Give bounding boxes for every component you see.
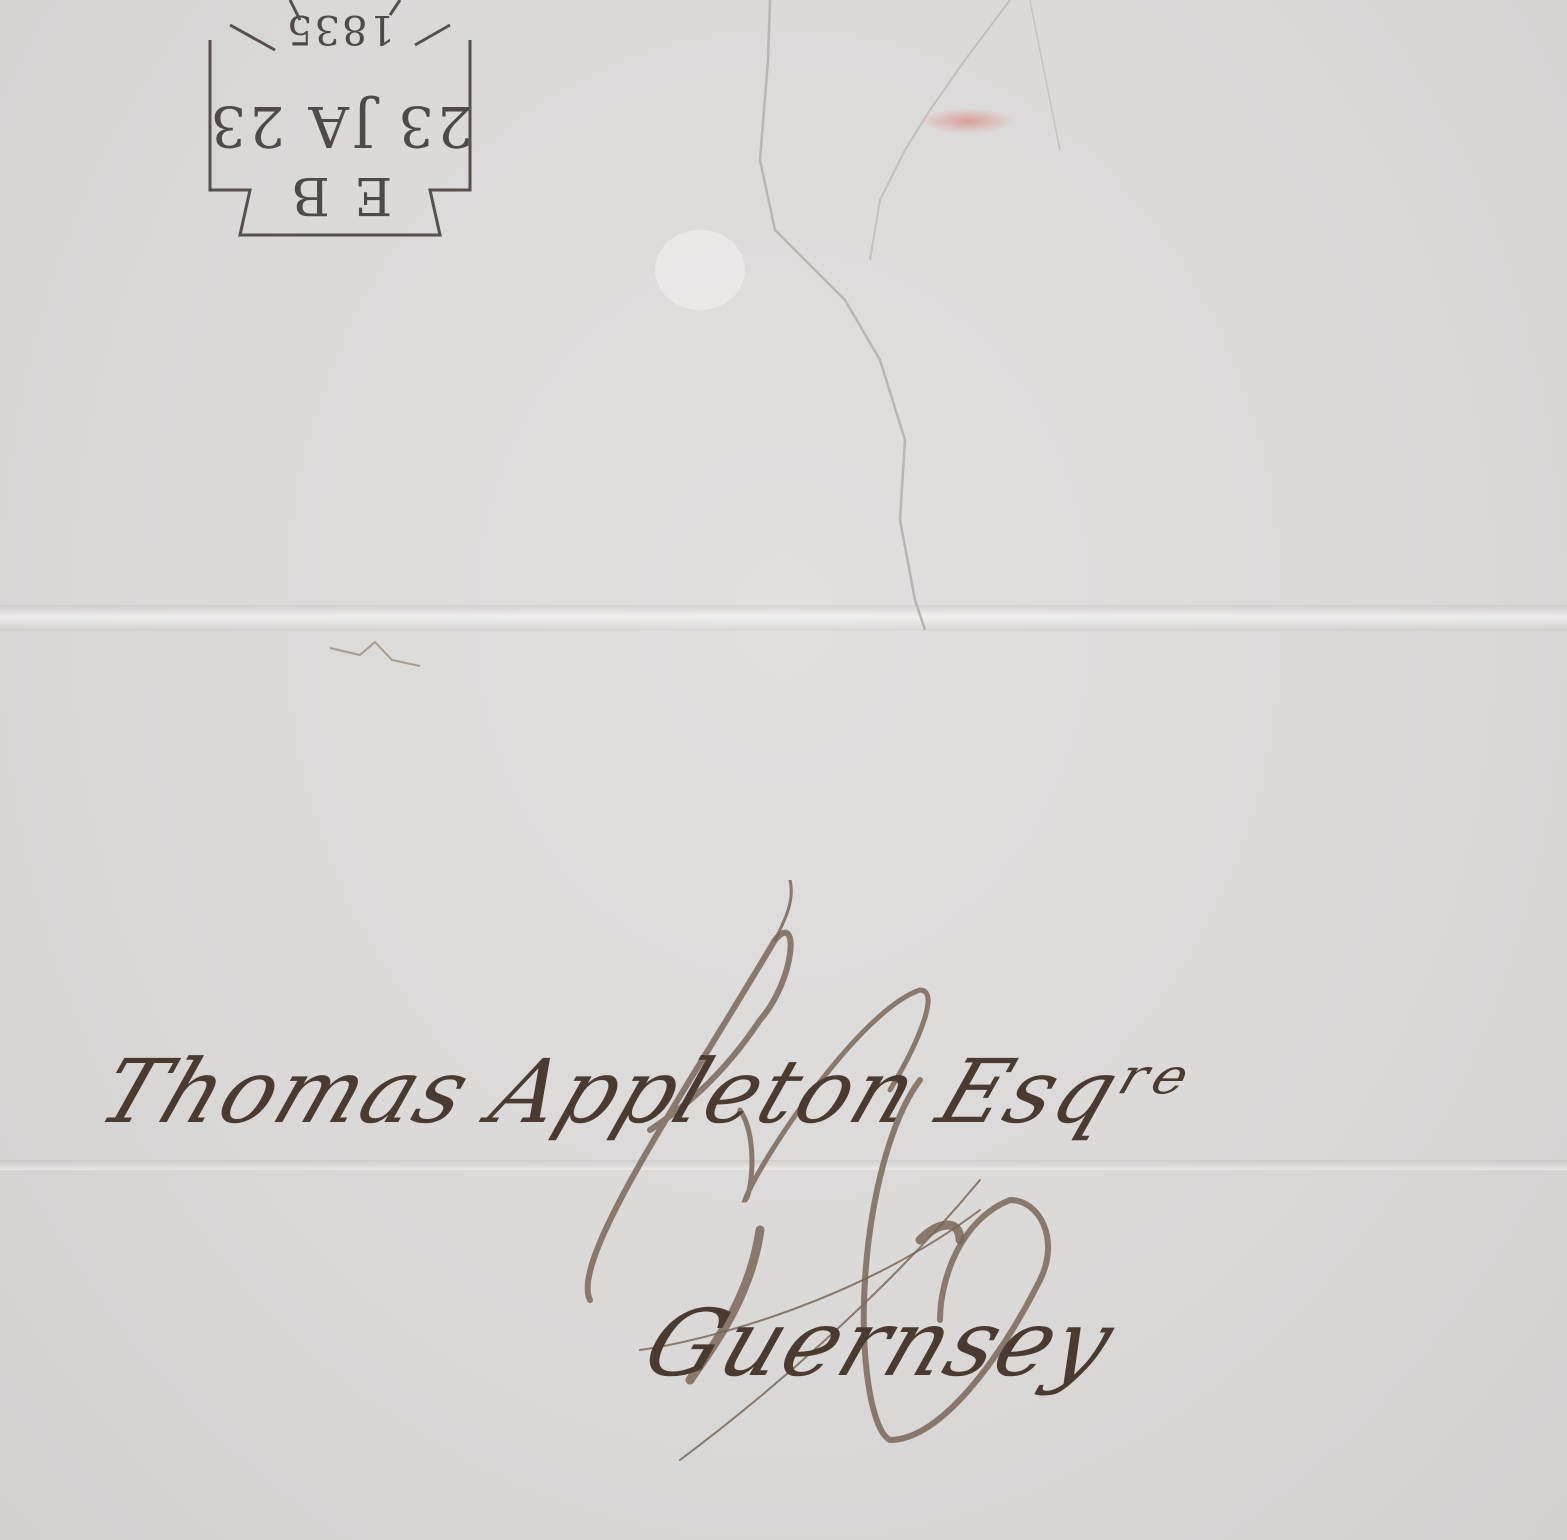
postmark-line3: 1835 xyxy=(200,6,480,52)
postmark-line1: E B xyxy=(200,165,480,225)
manuscript-rate-mark xyxy=(560,880,1120,1500)
postmark: E B 23 JA 23 1835 xyxy=(200,0,480,250)
postmark-text: E B 23 JA 23 1835 xyxy=(200,0,480,250)
letter-sheet: E B 23 JA 23 1835 Thomas Appleton Esqʳᵉ … xyxy=(0,0,1567,1540)
postmark-line2: 23 JA 23 xyxy=(200,93,480,158)
addressee-name: Thomas Appleton Esqʳᵉ xyxy=(86,1040,1203,1143)
horizontal-fold xyxy=(0,605,1567,631)
red-wax-trace xyxy=(920,108,1015,134)
address-place: Guernsey xyxy=(631,1290,1130,1397)
rate-mark-strokes-icon xyxy=(560,880,1120,1500)
